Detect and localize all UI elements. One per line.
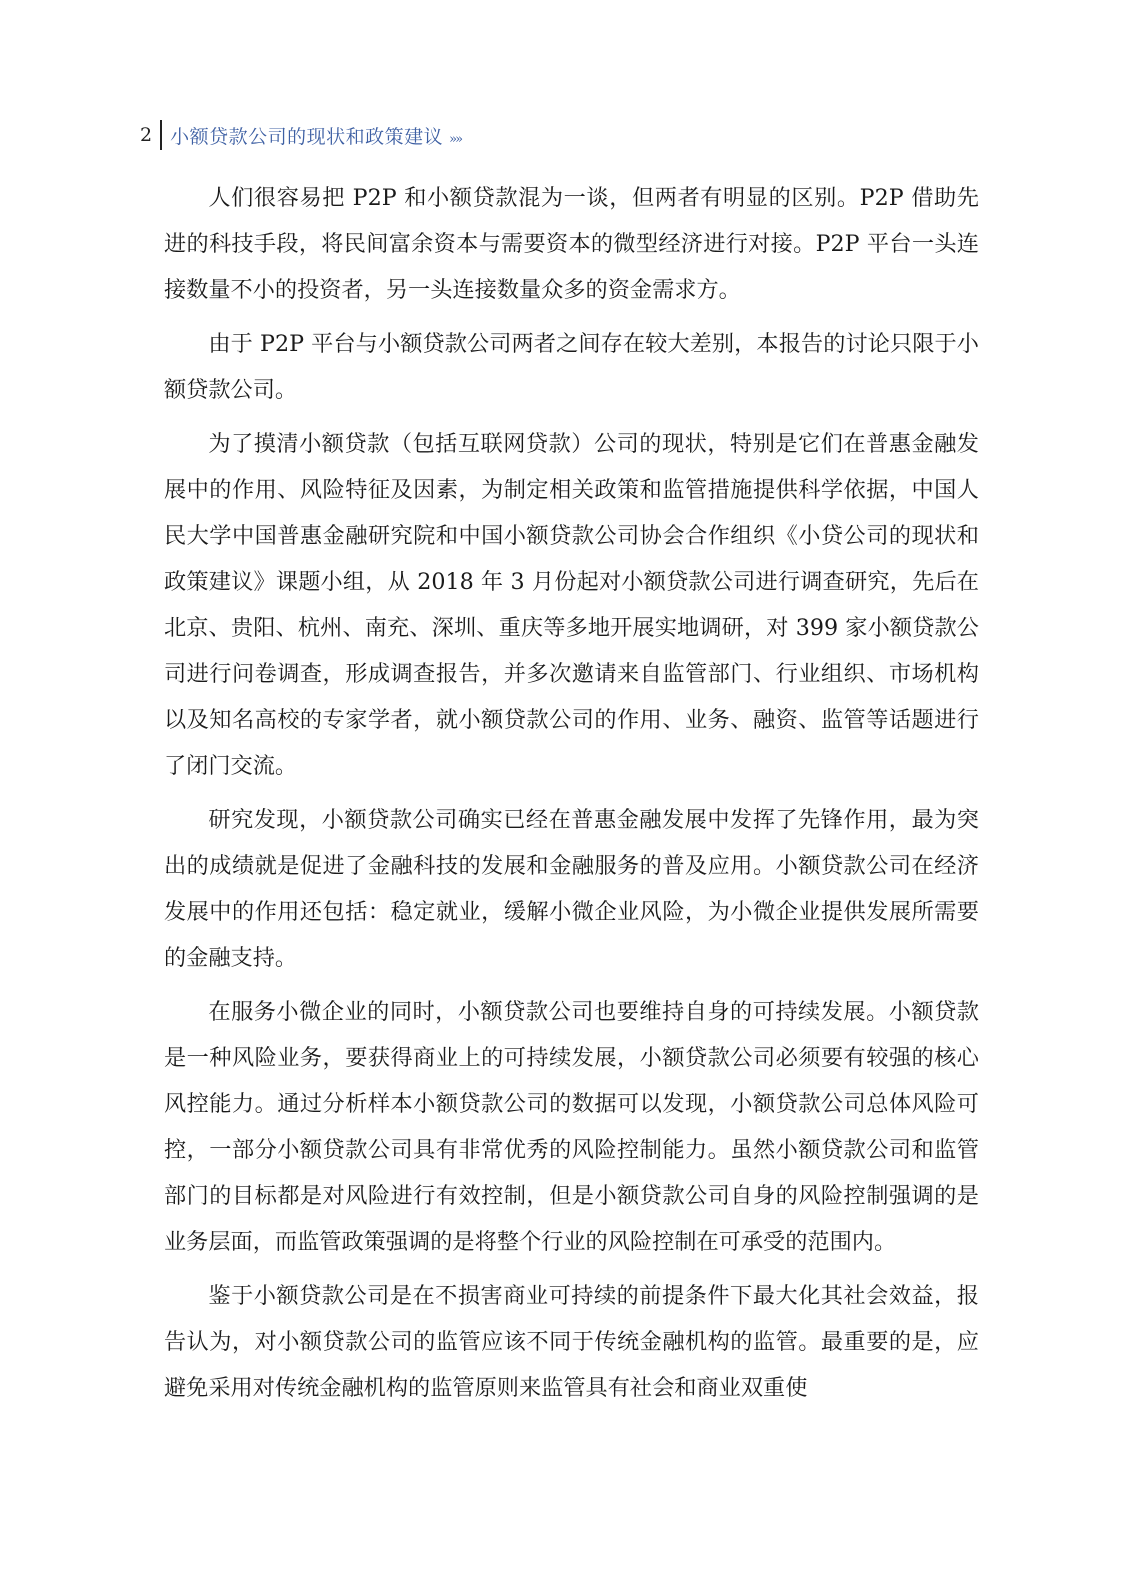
header-divider [160,120,162,150]
paragraph: 研究发现，小额贷款公司确实已经在普惠金融发展中发挥了先锋作用，最为突出的成绩就是… [164,797,979,981]
paragraph: 人们很容易把 P2P 和小额贷款混为一谈，但两者有明显的区别。P2P 借助先进的… [164,175,979,313]
running-header: 2 小额贷款公司的现状和政策建议 »» [140,118,461,152]
running-title: 小额贷款公司的现状和政策建议 [170,122,443,149]
page-number: 2 [140,124,152,146]
body-text: 人们很容易把 P2P 和小额贷款混为一谈，但两者有明显的区别。P2P 借助先进的… [164,175,979,1411]
paragraph: 为了摸清小额贷款（包括互联网贷款）公司的现状，特别是它们在普惠金融发展中的作用、… [164,421,979,789]
paragraph: 在服务小微企业的同时，小额贷款公司也要维持自身的可持续发展。小额贷款是一种风险业… [164,989,979,1265]
paragraph: 由于 P2P 平台与小额贷款公司两者之间存在较大差别，本报告的讨论只限于小额贷款… [164,321,979,413]
chevron-right-icon: »» [449,132,461,147]
paragraph: 鉴于小额贷款公司是在不损害商业可持续的前提条件下最大化其社会效益，报告认为，对小… [164,1273,979,1411]
